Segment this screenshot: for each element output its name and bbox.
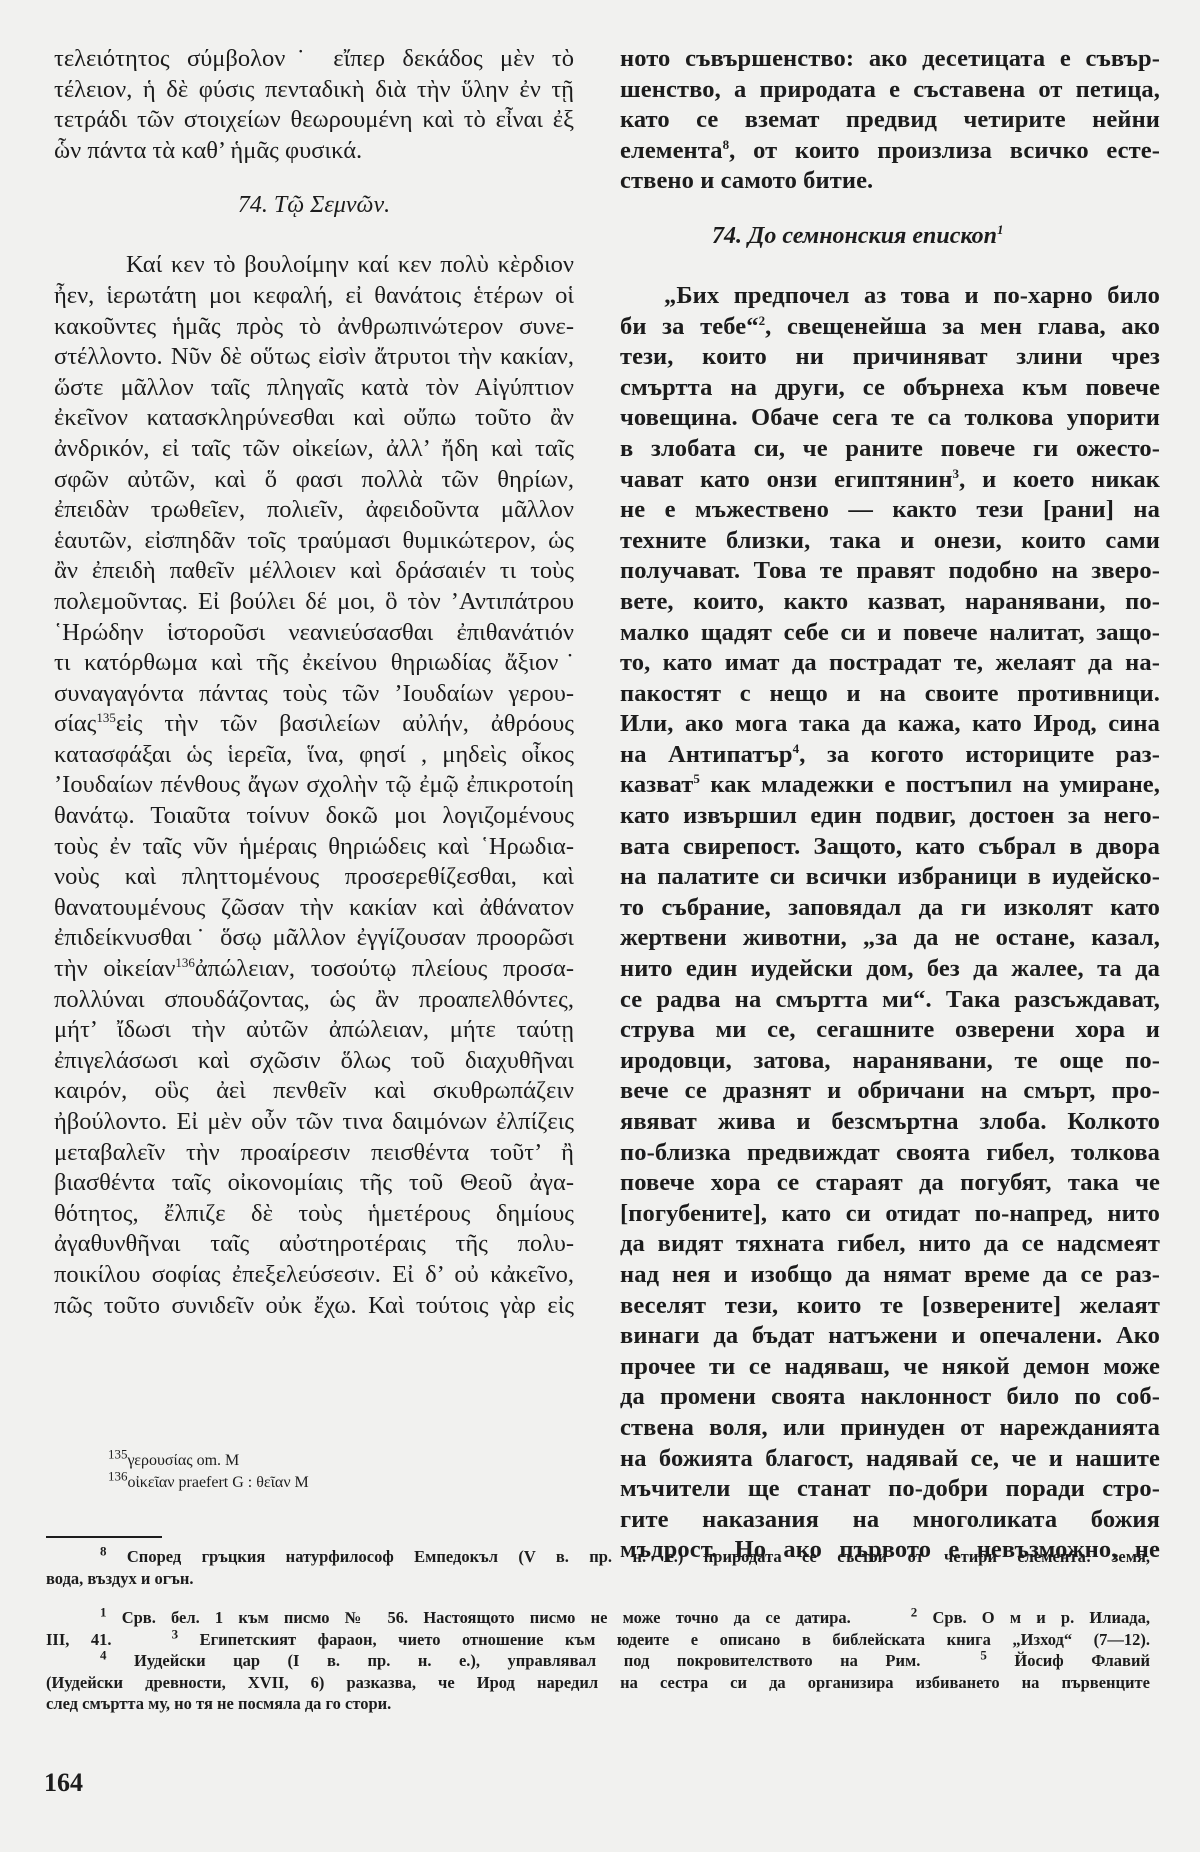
bg-body-line: като извършил един подвиг, достоен за не… [620,801,1160,832]
bg-body-line: вете, които, както казват, наранявани, п… [620,587,1160,618]
bg-text: на Антипатър [620,741,793,768]
bg-intro-line: шенство, а природата е съставена от пети… [620,75,1160,106]
greek-body-line: συναγαγόντα πάντας τοὺς τῶν ’Ιουδαίων γε… [54,679,574,710]
bg-intro-line: елемента8, от които произлиза всичко ест… [620,136,1160,167]
bg-body-line: явяват жива и безсмъртна злоба. Колкото [620,1107,1160,1138]
footnote-text: Срв. О м и р. Илиада, [932,1608,1150,1627]
bg-body-line: прочее ти се надяваш, че някой демон мож… [620,1352,1160,1383]
bg-body-line: смъртта на други, се обърнеха към повече [620,373,1160,404]
bg-body-line: вече се дразнят и обричани на смърт, про… [620,1076,1160,1107]
footnote-4-5: 4 Иудейски цар (I в. пр. н. е.), управля… [46,1650,1150,1672]
bg-body-line: жертвени животни, „за да не остане, каза… [620,923,1160,954]
bg-body-line: нито един иудейски дом, без да жалее, та… [620,954,1160,985]
apparatus-marker: 135 [96,710,116,725]
greek-text: εἰς τὴν τῶν βασιλείων αὐλήν, ἀθρόους [116,710,574,737]
greek-body-line: μεταβαλεῖν τὴν προαίρεσιν πεισθέντα τοῦτ… [54,1138,574,1169]
greek-body-line: στέλλοντο. Νῦν δὲ οὕτως εἰσὶν ἄτρυτοι τὴ… [54,342,574,373]
greek-body-line: τὴν οἰκείαν136ἀπώλειαν, τοσούτῳ πλείους … [54,954,574,985]
apparatus-text: γερουσίας om. M [128,1452,240,1469]
greek-body-line: ἂν ἐπειδὴ παθεῖν μέλλοιεν καὶ δράσαιέν τ… [54,556,574,587]
critical-apparatus: 135γερουσίας om. M 136οἰκεῖαν praefert G… [108,1450,309,1494]
greek-intro-line: τετράδι τῶν στοιχείων θεωρουμένη καὶ τὸ … [54,105,574,136]
bg-body-line: в злобата си, че раните повече ги ожесто… [620,434,1160,465]
apparatus-number: 136 [108,1469,128,1484]
greek-body-line: θότητος, ἔλπιζε δὲ τοὺς ἡμετέρους δημίου… [54,1199,574,1230]
greek-intro-line: ὧν πάντα τὰ καθ’ ἡμᾶς φυσικά. [54,136,574,167]
bg-body-line: човещина. Обаче сега те са толкова упори… [620,403,1160,434]
greek-body-line: βιασθέντα ταῖς οἰκονομίαις τῆς τοῦ Θεοῦ … [54,1168,574,1199]
greek-text: σίας [54,710,96,737]
page-number: 164 [44,1768,83,1798]
bg-body-line: мъчители ще станат по-добри поради стро- [620,1474,1160,1505]
greek-body-line: ἐπιγελάσωσι καὶ σχῶσιν ὅλως τοῦ διαχυθῆν… [54,1046,574,1077]
bg-body-line: то, като имат да пострадат те, желаят да… [620,648,1160,679]
greek-intro-line: τέλειον, ἡ δὲ φύσις πενταδικὴ διὰ τὴν ὕλ… [54,75,574,106]
greek-body-line: ῾Ηρώδην ἱστοροῦσι νεανιεύσασθαι ἐπιθανάτ… [54,618,574,649]
bg-body-line: вата свирепост. Защото, като събрал в дв… [620,832,1160,863]
apparatus-text: οἰκεῖαν praefert G : θεῖαν M [128,1474,309,1491]
bg-body-line: над нея и изобщо да нямат време да се ра… [620,1260,1160,1291]
footnote-text: III, 41. [46,1630,112,1649]
footnotes: 8 Според гръцкия натурфилософ Емпедокъл … [46,1546,1150,1715]
bg-text: би за тебе“ [620,313,759,340]
bg-body-line: на Антипатър4, за когото историците раз- [620,740,1160,771]
greek-body-line: ἠβούλοντο. Εἰ μὲν οὖν τῶν τινα δαιμόνων … [54,1107,574,1138]
bg-body-line: би за тебе“2, свещенейша за мен глава, а… [620,312,1160,343]
bg-body-line: на палатите си всички избраници в иудейс… [620,862,1160,893]
greek-body-line: κατασφάξαι ὡς ἱερεῖα, ἵνα, φησί , μηδεὶς… [54,740,574,771]
bg-body-line: малко щадят себе си и повече налитат, за… [620,618,1160,649]
bg-body-line: тези, които ни причиняват злини чрез [620,342,1160,373]
bg-body-line: повече хора се стараят да погубят, така … [620,1168,1160,1199]
bg-text: елемента [620,137,723,164]
greek-body-line: ’Ιουδαίων πένθους ἄγων σχολὴν τῷ ἐμῷ ἐπι… [54,770,574,801]
footnote-text: Иудейски цар (I в. пр. н. е.), управлява… [134,1651,920,1670]
greek-body-line: Καί κεν τὸ βουλοίμην καί κεν πολὺ κὲρδιο… [54,250,574,281]
bg-text: как младежки е постъпил на умиране, [700,771,1160,798]
footnote-ref[interactable]: 1 [997,222,1004,237]
greek-body-line: θανάτῳ. Τοιαῦτα τοίνυν δοκῶ μοι λογιζομέ… [54,801,574,832]
bg-letter-heading: 74. До семнонския епископ1 [620,221,1160,251]
bg-body-line: струва ми се, сегашните озверени хора и [620,1015,1160,1046]
apparatus-marker: 136 [175,955,195,970]
bg-body-line: пакостят с нещо и на своите противници. [620,679,1160,710]
bg-intro-line: ното съвършенство: ако десетицата е съвъ… [620,44,1160,75]
bg-body-line: техните близки, така и онези, които сами [620,526,1160,557]
bg-body-line: да промени своята наклонност било по соб… [620,1382,1160,1413]
greek-body-line: ἐκεῖνον κατασκληρύνεσθαι καὶ οὔπω τοῦτο … [54,403,574,434]
greek-body-line: ποικίλου σοφίας ἐπεξελεύσεσιν. Εἰ δ’ οὐ … [54,1260,574,1291]
bg-body-line: ствена воля, или принуден от нарежданият… [620,1413,1160,1444]
greek-body-line: ἀνδρικόν, εἰ ταῖς τῶν οἰκείων, ἀλλ’ ἤδη … [54,434,574,465]
bg-body-line: чават като онзи египтянин3, и което ника… [620,465,1160,496]
greek-body-line: νοὺς καὶ πληττομένους προσερεθίζεσθαι, κ… [54,862,574,893]
bg-body-line: получават. Това те правят подобно на зве… [620,556,1160,587]
footnote-text: Йосиф Флавий [1014,1651,1150,1670]
bg-body-line: [погубените], като си отидат по-напред, … [620,1199,1160,1230]
greek-column: τελειότητος σύμβολον˙ εἴπερ δεκάδος μὲν … [54,44,574,1321]
footnote-ref[interactable]: 5 [693,771,700,786]
bg-text: казват [620,771,693,798]
bg-body-line: се радва на смъртта ми“. Така разсъждава… [620,985,1160,1016]
greek-intro-line: τελειότητος σύμβολον˙ εἴπερ δεκάδος μὲν … [54,44,574,75]
greek-body-line: καιρόν, οὓς ἀεὶ πενθεῖν καὶ σκυθρωπάζειν [54,1076,574,1107]
greek-body-line: τοὺς ἐν ταῖς νῦν ἡμέραις θηριώδεις καὶ ῾… [54,832,574,863]
bg-body-line: веселят тези, които те [озверените] жела… [620,1291,1160,1322]
greek-body-line: μήτ’ ἴδωσι τὴν αὐτῶν ἀπώλειαν, μήτε ταύτ… [54,1015,574,1046]
greek-body-line: κακοῦντες ἡμᾶς πρὸς τὸ ἀνθρωπινώτερον συ… [54,312,574,343]
bg-text: , за когото историците раз- [799,741,1160,768]
bg-body-line: на божията благост, надявай се, че и наш… [620,1444,1160,1475]
greek-body-line: πολλύναι σπουδάζοντας, ὡς ἂν προαπελθόντ… [54,985,574,1016]
bg-body-line: винаги да бъдат натъжени и опечалени. Ак… [620,1321,1160,1352]
apparatus-number: 135 [108,1447,128,1462]
footnote-gap [46,1589,1150,1607]
greek-body-line: πολεμοῦντας. Εἰ βούλει δέ μοι, ὃ τὸν ’Αν… [54,587,574,618]
bg-body-line: не е мъжествено — както тези [рани] на [620,495,1160,526]
footnote-number: 1 [100,1605,107,1620]
bg-body-line: по-близка предвиждат своята гибел, толко… [620,1138,1160,1169]
footnote-number: 2 [911,1605,918,1620]
footnote-8-cont: вода, въздух и огън. [46,1568,1150,1590]
heading-text: 74. До семнонския епископ [712,223,997,249]
book-page: τελειότητος σύμβολον˙ εἴπερ δεκάδος μὲν … [0,0,1200,1852]
greek-body-line: ὥστε μᾶλλον ταῖς πληγαῖς κατὰ τὸν Αἰγύπτ… [54,373,574,404]
bg-body-line: казват5 как младежки е постъпил на умира… [620,770,1160,801]
bulgarian-column: ното съвършенство: ако десетицата е съвъ… [620,44,1160,1566]
greek-body-line: θανατουμένους ζῶσαν τὴν κακίαν καὶ ἀθάνα… [54,893,574,924]
footnote-number: 4 [100,1648,107,1663]
footnote-number: 3 [172,1626,179,1641]
greek-body-line: ἑαυτῶν, εἰσπηδᾶν τοῖς τραύμασι θυμικώτερ… [54,526,574,557]
footnote-text: Срв. бел. 1 към писмо № 56. Настоящото п… [122,1608,851,1627]
footnote-separator [46,1536,162,1538]
footnote-text: Според гръцкия натурфилософ Емпедокъл (V… [127,1547,1150,1566]
bg-intro-line: като се вземат предвид четирите нейни [620,105,1160,136]
apparatus-note: 135γερουσίας om. M [108,1450,309,1472]
bg-body-line: Или, ако мога така да кажа, като Ирод, с… [620,709,1160,740]
greek-text: ἀπώλειαν, τοσούτῳ πλείους προσα- [195,955,574,982]
bg-text: чават като онзи египтянин [620,466,953,493]
greek-body-line: ἐπιδείκνυσθαι˙ ὅσῳ μᾶλλον ἐγγίζουσαν προ… [54,923,574,954]
footnote-number: 8 [100,1544,107,1559]
bg-text: , и което никак [959,466,1160,493]
bg-body-line: гите наказания на многоликата божия [620,1505,1160,1536]
greek-text: τὴν οἰκείαν [54,955,175,982]
footnote-1-2: 1 Срв. бел. 1 към писмо № 56. Настоящото… [46,1607,1150,1629]
bg-intro-line: ствено и самото битие. [620,166,1160,197]
footnote-5-cont: (Иудейски древности, XVII, 6) разказва, … [46,1672,1150,1694]
footnote-number: 5 [980,1648,987,1663]
bg-text: , от които произлиза всичко есте- [729,137,1160,164]
greek-body-line: ἦεν, ἱερωτάτη μοι κεφαλή, εἰ θανάτοις ἑτ… [54,281,574,312]
greek-body-line: ἐπειδὰν τρωθεῖεν, πολιεῖν, ἀφειδοῦντα μᾶ… [54,495,574,526]
greek-body-line: πῶς τοῦτο συνιδεῖν οὐκ ἔχω. Καὶ τούτοις … [54,1291,574,1322]
greek-body-line: σίας135εἰς τὴν τῶν βασιλείων αὐλήν, ἀθρό… [54,709,574,740]
bg-text: , свещенейша за мен глава, ако [765,313,1160,340]
footnote-5-cont: след смъртта му, но тя не посмяла да го … [46,1693,1150,1715]
footnote-8: 8 Според гръцкия натурфилософ Емпедокъл … [46,1546,1150,1568]
bg-body-line: „Бих предпочел аз това и по-харно било [620,281,1160,312]
greek-letter-heading: 74. Τῷ Σεμνῶν. [54,190,574,220]
apparatus-note: 136οἰκεῖαν praefert G : θεῖαν M [108,1472,309,1494]
greek-body-line: ἀγαθυνθῆναι ταῖς αὐστηροτέραις τῆς πολυ- [54,1229,574,1260]
bg-body-line: то събрание, заповядал да ги изколят кат… [620,893,1160,924]
greek-body-line: τι κατόρθωμα καὶ τῆς ἐκείνου θηριωδίας ἄ… [54,648,574,679]
bg-body-line: да видят тяхната гибел, нито да се надсм… [620,1229,1160,1260]
footnote-text: Египетският фараон, чието отношение към … [200,1630,1150,1649]
bg-body-line: иродовци, затова, наранявани, те още по- [620,1046,1160,1077]
greek-body-line: σφῶν αὐτῶν, καὶ ὅ φασι πολλὰ τῶν θηρίων, [54,465,574,496]
